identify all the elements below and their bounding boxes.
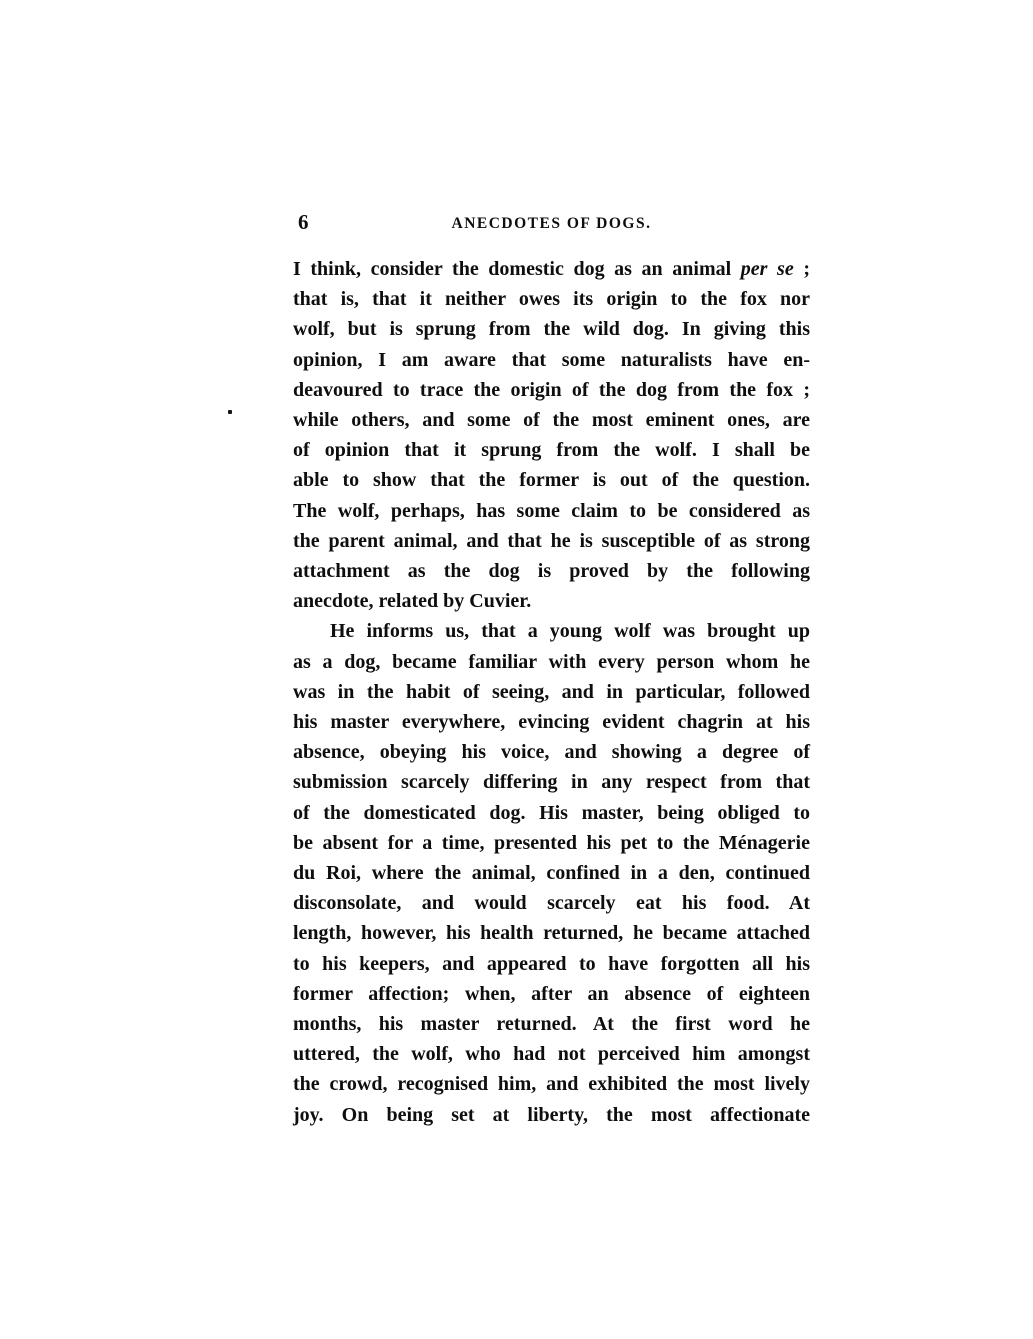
text-line: anecdote, related by Cuvier. — [293, 586, 810, 616]
text-line: submission scarcely differing in any res… — [293, 767, 810, 797]
text-line: deavoured to trace the origin of the dog… — [293, 375, 810, 405]
text-line: wolf, but is sprung from the wild dog. I… — [293, 314, 810, 344]
text-line: absence, obeying his voice, and showing … — [293, 737, 810, 767]
text-line: He informs us, that a young wolf was bro… — [293, 616, 810, 646]
text-segment: ; — [794, 258, 810, 280]
text-line: his master everywhere, evincing evident … — [293, 707, 810, 737]
text-line: former affection; when, after an absence… — [293, 979, 810, 1009]
text-line: I think, consider the domestic dog as an… — [293, 254, 810, 284]
text-line: able to show that the former is out of t… — [293, 465, 810, 495]
text-line: that is, that it neither owes its origin… — [293, 284, 810, 314]
text-line: length, however, his health returned, he… — [293, 918, 810, 948]
book-page: 6 ANECDOTES OF DOGS. I think, consider t… — [0, 0, 1033, 1339]
text-line: attachment as the dog is proved by the f… — [293, 556, 810, 586]
text-segment: I think, consider the domestic dog as an… — [293, 258, 741, 280]
text-line: disconsolate, and would scarcely eat his… — [293, 888, 810, 918]
running-title: ANECDOTES OF DOGS. — [293, 215, 810, 233]
text-line: was in the habit of seeing, and in parti… — [293, 677, 810, 707]
text-line: months, his master returned. At the firs… — [293, 1009, 810, 1039]
text-line: du Roi, where the animal, confined in a … — [293, 858, 810, 888]
text-line: as a dog, became familiar with every per… — [293, 647, 810, 677]
text-line: The wolf, perhaps, has some claim to be … — [293, 496, 810, 526]
text-line: the parent animal, and that he is suscep… — [293, 526, 810, 556]
ink-speck-artifact — [228, 410, 232, 414]
text-line: to his keepers, and appeared to have for… — [293, 949, 810, 979]
page-header: 6 ANECDOTES OF DOGS. — [293, 210, 810, 238]
text-line: the crowd, recognised him, and exhibited… — [293, 1069, 810, 1099]
text-line: while others, and some of the most emine… — [293, 405, 810, 435]
body-text: I think, consider the domestic dog as an… — [293, 254, 810, 1130]
text-line: of the domesticated dog. His master, bei… — [293, 798, 810, 828]
text-line: of opinion that it sprung from the wolf.… — [293, 435, 810, 465]
text-line: joy. On being set at liberty, the most a… — [293, 1100, 810, 1130]
italic-phrase: per se — [741, 258, 794, 280]
text-line: opinion, I am aware that some naturalist… — [293, 345, 810, 375]
text-line: be absent for a time, presented his pet … — [293, 828, 810, 858]
text-line: uttered, the wolf, who had not perceived… — [293, 1039, 810, 1069]
